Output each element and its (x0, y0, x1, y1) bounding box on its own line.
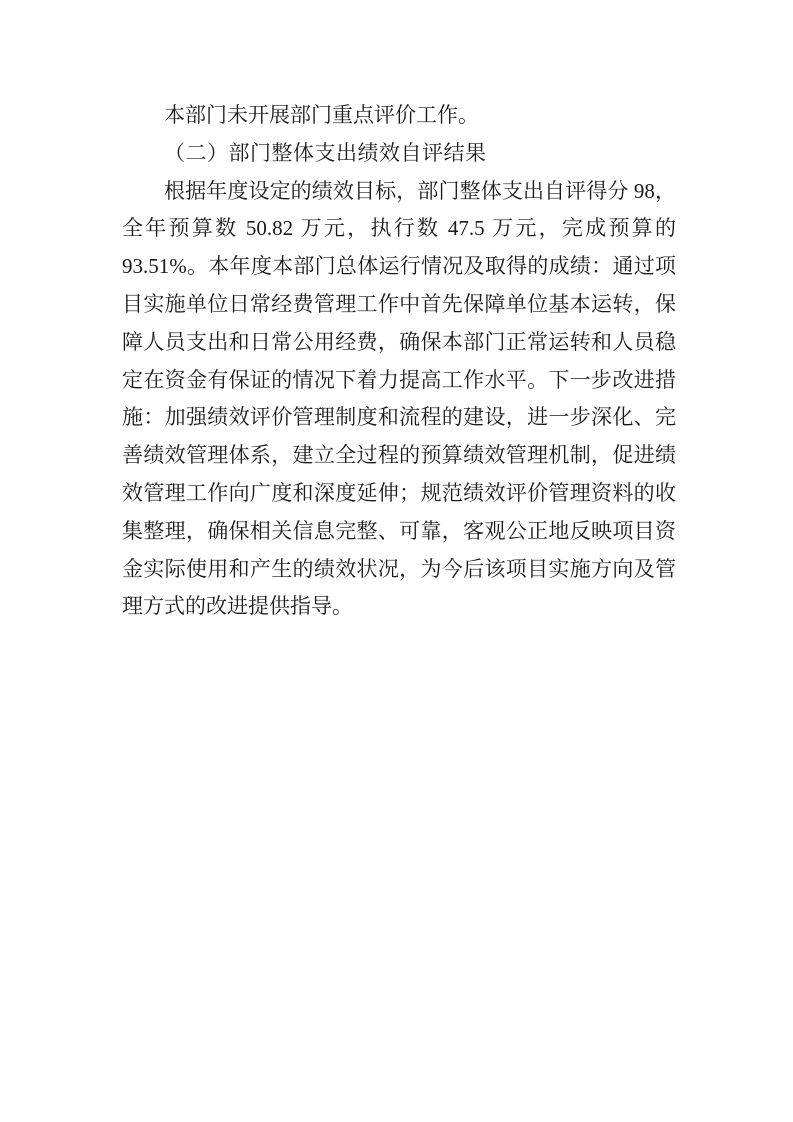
paragraph-line: 目实施单位日常经费管理工作中首先保障单位基本运转，保 (122, 286, 676, 324)
paragraph-line: 93.51%。本年度本部门总体运行情况及取得的成绩：通过项 (122, 248, 676, 286)
section-heading: （二）部门整体支出绩效自评结果 (122, 135, 676, 173)
paragraph-line: 集整理，确保相关信息完整、可靠，客观公正地反映项目资 (122, 513, 676, 551)
paragraph-last-line: 理方式的改进提供指导。 (122, 588, 676, 626)
paragraph-line: 善绩效管理体系，建立全过程的预算绩效管理机制，促进绩 (122, 437, 676, 475)
paragraph-line: 根据年度设定的绩效目标，部门整体支出自评得分 98， (122, 173, 676, 211)
closing-line: 本部门未开展部门重点评价工作。 (122, 97, 676, 135)
paragraph-line: 全年预算数 50.82 万元，执行数 47.5 万元，完成预算的 (122, 210, 676, 248)
self-eval-paragraph: 根据年度设定的绩效目标，部门整体支出自评得分 98， 全年预算数 50.82 万… (122, 173, 676, 627)
paragraph-line: 效管理工作向广度和深度延伸；规范绩效评价管理资料的收 (122, 475, 676, 513)
document-page: 本部门未开展部门重点评价工作。 （二）部门整体支出绩效自评结果 根据年度设定的绩… (0, 0, 793, 1122)
paragraph-line: 障人员支出和日常公用经费，确保本部门正常运转和人员稳 (122, 324, 676, 362)
paragraph-line: 定在资金有保证的情况下着力提高工作水平。下一步改进措 (122, 362, 676, 400)
text-block: 本部门未开展部门重点评价工作。 （二）部门整体支出绩效自评结果 根据年度设定的绩… (122, 97, 676, 626)
paragraph-line: 金实际使用和产生的绩效状况，为今后该项目实施方向及管 (122, 551, 676, 589)
paragraph-line: 施：加强绩效评价管理制度和流程的建设，进一步深化、完 (122, 399, 676, 437)
